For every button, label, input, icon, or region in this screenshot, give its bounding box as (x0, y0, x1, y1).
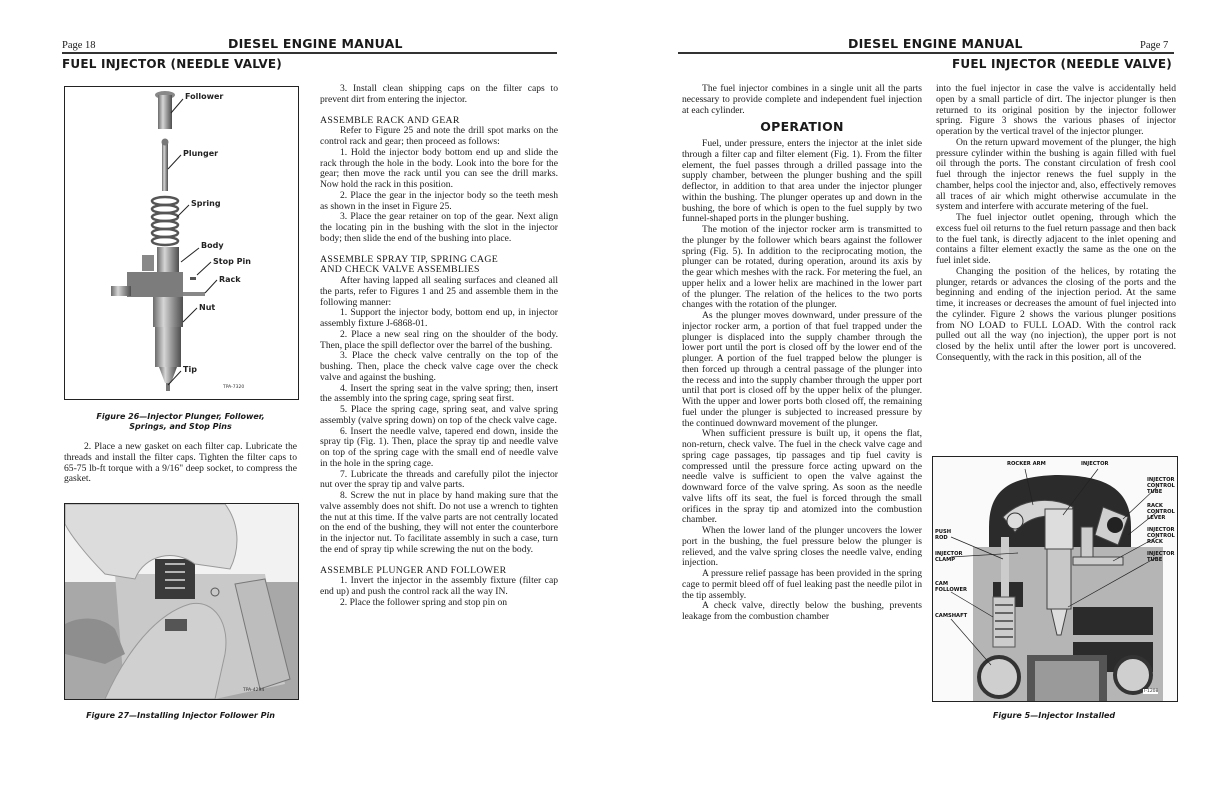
paragraph: On the return upward movement of the plu… (936, 138, 1176, 213)
hands-installing-pin-photo (65, 504, 298, 699)
callout-nut: Nut (199, 303, 215, 312)
callout-camshaft: CAMSHAFT (935, 613, 967, 619)
step: 2. Place the gear in the injector body s… (320, 191, 558, 213)
running-head: Page 18 DIESEL ENGINE MANUAL (0, 36, 612, 52)
running-head: DIESEL ENGINE MANUAL Page 7 (612, 36, 1224, 52)
callout-injector-tube: INJECTOR TUBE (1147, 551, 1175, 563)
paragraph: When sufficient pressure is built up, it… (682, 429, 922, 526)
right-column-1-text: The fuel injector combines in a single u… (682, 84, 922, 623)
paragraph: A check valve, directly below the bushin… (682, 601, 922, 623)
step: 7. Lubricate the threads and carefully p… (320, 470, 558, 492)
left-column-2-text: 3. Install clean shipping caps on the fi… (320, 84, 558, 609)
left-page: Page 18 DIESEL ENGINE MANUAL FUEL INJECT… (0, 0, 612, 792)
paragraph: As the plunger moves downward, under pre… (682, 311, 922, 429)
paragraph: After having lapped all sealing surfaces… (320, 276, 558, 308)
right-column-2-text: into the fuel injector in case the valve… (936, 84, 1176, 364)
paragraph: A pressure relief passage has been provi… (682, 569, 922, 601)
figure-5-id: T-1208 (1143, 689, 1158, 694)
manual-title: DIESEL ENGINE MANUAL (228, 36, 403, 51)
figure-26-image: Follower Plunger Spring Body Stop Pin Ra… (64, 86, 299, 400)
step: 2. Place a new seal ring on the shoulder… (320, 330, 558, 352)
callout-plunger: Plunger (183, 149, 218, 158)
callout-cam-follower: CAM FOLLOWER (935, 581, 965, 593)
section-title: FUEL INJECTOR (NEEDLE VALVE) (952, 57, 1172, 71)
paragraph: Fuel, under pressure, enters the injecto… (682, 139, 922, 225)
step: 1. Hold the injector body bottom end up … (320, 148, 558, 191)
paragraph: 3. Install clean shipping caps on the fi… (320, 84, 558, 106)
step: 8. Screw the nut in place by hand making… (320, 491, 558, 556)
figure-26-id: TPA-7320 (223, 385, 244, 390)
right-page: DIESEL ENGINE MANUAL Page 7 FUEL INJECTO… (612, 0, 1224, 792)
engine-head-cutaway-illustration (933, 457, 1177, 701)
figure-26-caption: Figure 26—Injector Plunger, Follower, Sp… (64, 412, 297, 432)
left-column-1-text: 2. Place a new gasket on each filter cap… (64, 442, 297, 485)
callout-injector: INJECTOR (1081, 461, 1109, 467)
callout-rocker-arm: ROCKER ARM (1007, 461, 1046, 467)
callout-rack: Rack (219, 275, 241, 284)
step: 1. Support the injector body, bottom end… (320, 308, 558, 330)
figure-27-id: TPA-4294 (243, 688, 264, 693)
step: 4. Insert the spring seat in the valve s… (320, 384, 558, 406)
paragraph: The fuel injector combines in a single u… (682, 84, 922, 116)
paragraph: The fuel injector outlet opening, throug… (936, 213, 1176, 267)
section-title: FUEL INJECTOR (NEEDLE VALVE) (62, 57, 282, 71)
heading-operation: OPERATION (682, 122, 922, 133)
callout-injector-control-rack: INJECTOR CONTROL RACK (1147, 527, 1175, 545)
header-rule (62, 52, 557, 54)
paragraph: When the lower land of the plunger uncov… (682, 526, 922, 569)
callout-rack-control-lever: RACK CONTROL LEVER (1147, 503, 1175, 521)
callout-injector-clamp: INJECTOR CLAMP (935, 551, 963, 563)
figure-27-caption: Figure 27—Installing Injector Follower P… (64, 711, 297, 721)
figure-5-caption: Figure 5—Injector Installed (932, 711, 1176, 721)
callout-tip: Tip (183, 365, 197, 374)
callout-follower: Follower (185, 92, 223, 101)
callout-injector-control-tube: INJECTOR CONTROL TUBE (1147, 477, 1175, 495)
paragraph: into the fuel injector in case the valve… (936, 84, 1176, 138)
callout-push-rod: PUSH ROD (935, 529, 957, 541)
step: 5. Place the spring cage, spring seat, a… (320, 405, 558, 427)
subheading-assemble-spray-tip: ASSEMBLE SPRAY TIP, SPRING CAGE AND CHEC… (320, 255, 558, 277)
step: 3. Place the gear retainer on top of the… (320, 212, 558, 244)
page-number: Page 18 (62, 40, 96, 51)
paragraph: Refer to Figure 25 and note the drill sp… (320, 126, 558, 148)
step: 3. Place the check valve centrally on th… (320, 351, 558, 383)
paragraph: The motion of the injector rocker arm is… (682, 225, 922, 311)
paragraph: 2. Place a new gasket on each filter cap… (64, 442, 297, 485)
callout-spring: Spring (191, 199, 221, 208)
injector-exploded-illustration (65, 87, 298, 399)
step: 1. Invert the injector in the assembly f… (320, 576, 558, 598)
page-number: Page 7 (1140, 40, 1168, 51)
callout-body: Body (201, 241, 224, 250)
paragraph: Changing the position of the helices, by… (936, 267, 1176, 364)
figure-5-cutaway: ROCKER ARM INJECTOR PUSH ROD INJECTOR CL… (932, 456, 1178, 702)
callout-stop-pin: Stop Pin (213, 257, 251, 266)
manual-title: DIESEL ENGINE MANUAL (848, 36, 1023, 51)
step: 6. Insert the needle valve, tapered end … (320, 427, 558, 470)
figure-27-photo: TPA-4294 (64, 503, 299, 700)
header-rule (678, 52, 1174, 54)
step: 2. Place the follower spring and stop pi… (320, 598, 558, 609)
